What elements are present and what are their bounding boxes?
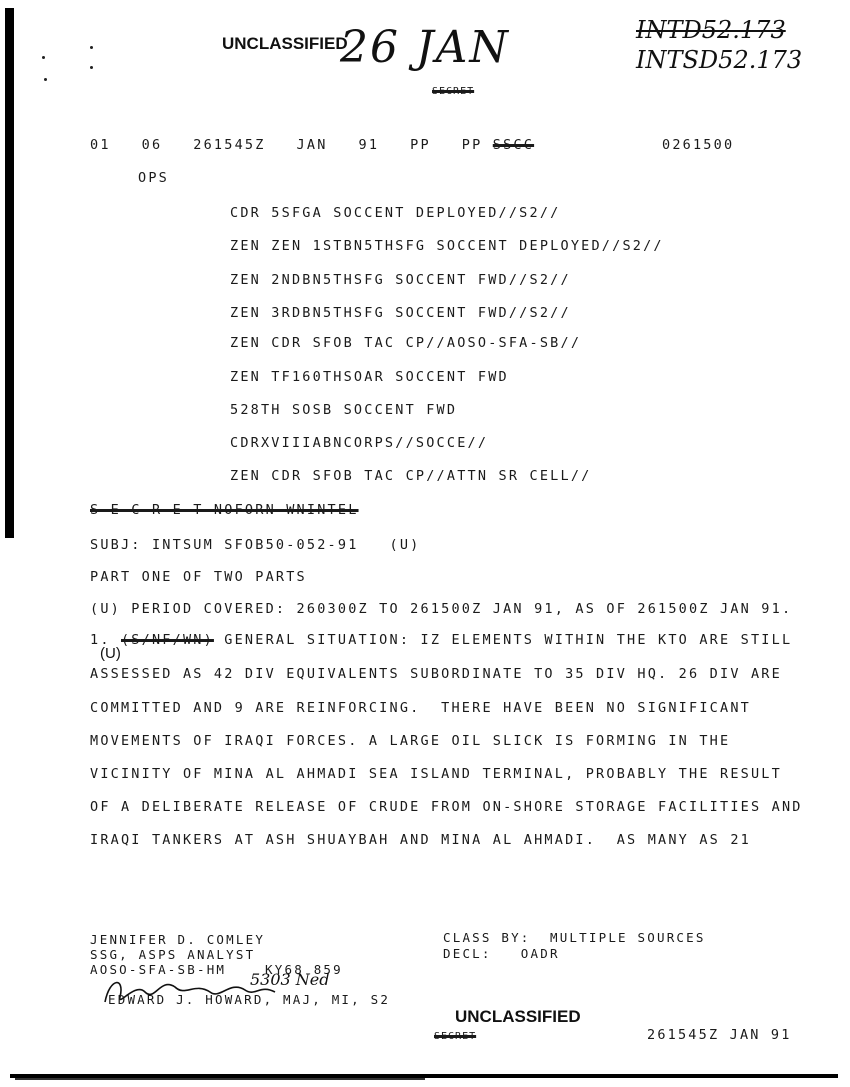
handwritten-marking: (U) (100, 645, 121, 662)
date-time-group: 261545Z JAN 91 (647, 1027, 792, 1043)
left-margin-bar (5, 8, 14, 538)
paragraph-line: MOVEMENTS OF IRAQI FORCES. A LARGE OIL S… (90, 733, 730, 749)
subject-line: SUBJ: INTSUM SFOB50-052-91 (U) (90, 537, 421, 553)
paragraph-line: GENERAL SITUATION: IZ ELEMENTS WITHIN TH… (224, 632, 792, 648)
scan-speck (42, 56, 45, 59)
struck-marking-top: SECRET (432, 86, 474, 97)
addressee: CDR 5SFGA SOCCENT DEPLOYED//S2// (230, 205, 561, 221)
paragraph-1-first-line: 1. (S/NF/WN) GENERAL SITUATION: IZ ELEME… (90, 632, 792, 648)
scan-speck (44, 78, 47, 81)
classification-top: UNCLASSIFIED (222, 34, 348, 54)
bottom-rule-shadow (15, 1078, 425, 1080)
classification-bottom: UNCLASSIFIED (455, 1007, 581, 1027)
addressee: ZEN 3RDBN5THSFG SOCCENT FWD//S2// (230, 305, 571, 321)
signature-note: 5303 Ned (250, 970, 330, 989)
author-name: JENNIFER D. COMLEY (90, 932, 265, 947)
addressee: ZEN CDR SFOB TAC CP//AOSO-SFA-SB// (230, 335, 581, 351)
doc-id-struck: INTD52.173 (636, 16, 786, 44)
message-header-line: 01 06 261545Z JAN 91 PP PP SSCC (90, 137, 534, 153)
paragraph-line: OF A DELIBERATE RELEASE OF CRUDE FROM ON… (90, 799, 803, 815)
period-covered: (U) PERIOD COVERED: 260300Z TO 261500Z J… (90, 601, 792, 617)
approver-name: EDWARD J. HOWARD, MAJ, MI, S2 (108, 992, 390, 1007)
scan-speck (90, 66, 93, 69)
handwritten-date: 26 JAN (340, 22, 510, 73)
addressee: CDRXVIIIABNCORPS//SOCCE// (230, 435, 488, 451)
declassify-on: DECL: OADR (443, 946, 560, 961)
addressee: ZEN ZEN 1STBN5THSFG SOCCENT DEPLOYED//S2… (230, 238, 664, 254)
struck-paragraph-marking: (S/NF/WN) (121, 632, 214, 648)
scan-speck (90, 46, 93, 49)
paragraph-line: IRAQI TANKERS AT ASH SHUAYBAH AND MINA A… (90, 832, 751, 848)
message-header-text: 01 06 261545Z JAN 91 PP PP (90, 137, 482, 153)
from-line: OPS (138, 170, 169, 186)
paragraph-line: COMMITTED AND 9 ARE REINFORCING. THERE H… (90, 700, 751, 716)
struck-marking-bottom: SECRET (434, 1031, 476, 1042)
paragraph-line: VICINITY OF MINA AL AHMADI SEA ISLAND TE… (90, 766, 782, 782)
doc-id: INTSD52.173 (636, 46, 802, 74)
addressee: ZEN CDR SFOB TAC CP//ATTN SR CELL// (230, 468, 591, 484)
addressee: 528TH SOSB SOCCENT FWD (230, 402, 457, 418)
addressee: ZEN TF160THSOAR SOCCENT FWD (230, 369, 509, 385)
part-line: PART ONE OF TWO PARTS (90, 569, 307, 585)
paragraph-line: ASSESSED AS 42 DIV EQUIVALENTS SUBORDINA… (90, 666, 782, 682)
class-by: CLASS BY: MULTIPLE SOURCES (443, 930, 706, 945)
addressee: ZEN 2NDBN5THSFG SOCCENT FWD//S2// (230, 272, 571, 288)
struck-tag: SSCC (493, 137, 534, 153)
struck-caveat: S E C R E T NOFORN WNINTEL (90, 502, 359, 518)
serial-number: 0261500 (662, 137, 734, 153)
author-title: SSG, ASPS ANALYST (90, 947, 255, 962)
